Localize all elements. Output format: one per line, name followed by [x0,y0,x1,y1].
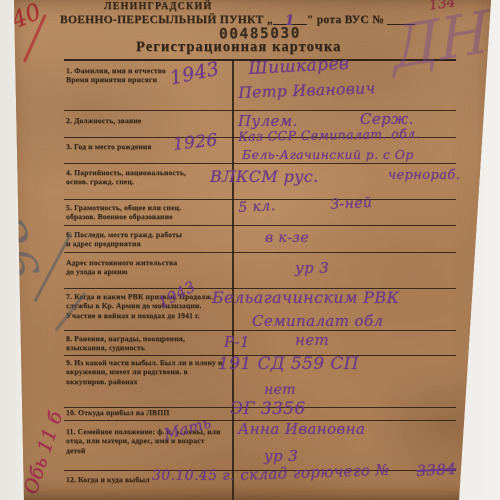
field-label-2: 2. Должность, звание [66,116,226,125]
field-label-6: 6. Последн. место гражд. работыи адрес п… [66,230,226,249]
handwritten-awards: нет [295,331,329,349]
field-label-address: Адрес постоянного жительствадо ухода в а… [66,258,226,277]
field-label-text: Фамилия, имя и отчество [74,66,166,75]
registration-card: ЛЕНИНГРАДСКИЙ ВОЕННО-ПЕРЕСЫЛЬНЫЙ ПУНКТ „… [0,0,500,500]
field-label-text: Последн. место гражд. работы [74,230,182,239]
field-number: 8. [66,334,72,343]
handwritten-relative-address: ур 3 [264,447,298,465]
header-unit-city: ЛЕНИНГРАДСКИЙ [104,1,212,12]
field-label-5: 5. Грамотность, общее или спец.образов. … [66,203,226,222]
handwritten-oath-year: 1943 [168,58,221,90]
table-line [64,252,456,253]
handwritten-captivity: нет [264,382,296,398]
document-title: Регистрационная карточка [136,39,342,56]
field-label-text2: до ухода в армию [66,267,226,276]
annotation-scribble-top-right: ДН [392,0,491,83]
handwritten-departure-date: 30.10.45 г. [152,468,235,484]
annotation-pencil-left-margin: 26 [0,210,50,288]
field-label-9: 9. Из какой части выбыл. Был ли в плену … [66,358,226,386]
field-label-text2: и адрес предприятия [66,239,226,248]
handwritten-last-workplace: в к-зе [265,230,309,246]
field-number: 4. [66,168,72,177]
field-label-text: Адрес постоянного жительства [66,258,177,267]
scan-background: ЛЕНИНГРАДСКИЙ ВОЕННО-ПЕРЕСЫЛЬНЫЙ ПУНКТ „… [0,0,500,500]
field-number: 3. [66,142,72,151]
field-label-4: 4. Партийность, национальность,основ. гр… [66,168,226,187]
field-label-text2: образов. Военное образование [66,212,226,221]
handwritten-birth-district: Бель-Агачинский р. с Ор [242,147,414,162]
handwritten-name-patronymic: Петр Иванович [238,79,376,102]
field-number: 10. [66,408,76,417]
table-line [64,330,456,331]
field-label-text: Из какой части выбыл. Был ли в плену и о… [66,358,222,386]
field-number: 12. [66,475,76,484]
field-label-text: Ранения, награды, поощрения, [74,334,185,343]
handwritten-departure-number: 3384 [416,460,457,480]
field-label-text: Грамотность, общее или спец. [74,203,181,212]
handwritten-relative-name: Анна Ивановна [238,420,365,438]
handwritten-departure-place: склад горючего № [240,461,390,484]
field-number: 1. [66,66,72,75]
field-number: 9. [66,358,72,367]
handwritten-civil-speciality: чернораб. [388,168,460,183]
table-column-divider [232,60,234,500]
field-number: 5. [66,203,72,212]
table-line [64,225,456,226]
header-unit-prefix: ВОЕННО-ПЕРЕСЫЛЬНЫЙ ПУНКТ „ [60,14,273,26]
field-label-text: Год и место рождения [74,142,152,151]
field-number: 7. [66,292,72,301]
company-number-blank: 1 [273,13,307,25]
field-label-text: Откуда прибыл на ЛВПП [78,408,169,417]
handwritten-military-education: З-ней [330,195,373,213]
header-unit-suffix: " рота ВУС № [307,14,384,26]
handwritten-wounds: Р-1 [224,333,250,351]
field-number: 11. [66,427,76,436]
table-line [64,163,456,164]
field-number: 2. [66,116,72,125]
field-label-text: Когда и куда выбыл [78,475,150,484]
handwritten-home-address: ур 3 [295,259,329,277]
handwritten-draft-rvk: Бельагачинским РВК [212,288,399,307]
handwritten-education: 5 кл. [238,198,276,216]
handwritten-unit: 191 СД 559 СП [218,354,359,374]
field-label-text2: взыскания, судимость [66,343,226,352]
handwritten-party-nationality: ВЛКСМ рус. [210,167,319,186]
handwritten-arrived-from: ЭГ 3356 [230,399,306,419]
field-label-text: Должность, звание [74,116,141,125]
annotation-bottom-left-vertical: Обь 11 б [20,409,67,497]
header-unit-line: ВОЕННО-ПЕРЕСЫЛЬНЫЙ ПУНКТ „1" рота ВУС № [60,13,415,26]
handwritten-draft-oblast: Семипалат обл [252,312,383,330]
handwritten-surname: Шишкарев [248,54,350,79]
field-label-text2: основ. гражд. спец. [66,177,226,186]
field-label-7: 7. Когда и каким РВК призван. Продолж. с… [66,292,226,320]
field-label-8: 8. Ранения, награды, поощрения,взыскания… [66,334,226,353]
handwritten-birth-region: Каз ССР Семипалат. обл. [238,126,420,144]
field-label-text: Партийность, национальность, [74,168,186,177]
